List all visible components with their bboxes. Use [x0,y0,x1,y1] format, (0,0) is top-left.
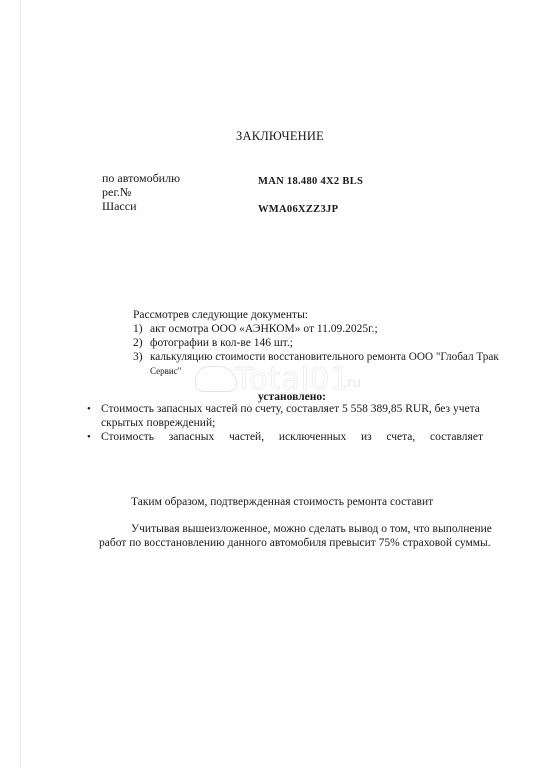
doc-item-2-text: фотографии в кол-ве 146 шт.; [150,337,293,349]
finding-1-line-1: Стоимость запасных частей по счету, сост… [101,403,480,415]
reg-number-label: рег.№ [102,185,131,200]
intro-text: Рассмотрев следующие документы: [133,309,308,321]
finding-2-word: исключенных [279,431,346,443]
finding-2-line: Стоимость запасных частей, исключенных и… [101,431,483,443]
chassis-value: WMA06XZZ3JP [258,204,338,215]
finding-2-word: Стоимость [101,431,154,443]
doc-item-1-text: акт осмотра ООО «АЭНКОМ» от 11.09.2025г.… [150,323,378,335]
conclusion-line-2: работ по восстановлению данного автомоби… [99,537,491,549]
chassis-label: Шасси [102,199,137,214]
established-heading: установлено: [258,391,326,403]
finding-2-word: частей, [229,431,264,443]
doc-item-1-num: 1) [133,323,143,335]
scan-edge-line [20,0,21,768]
summary-text: Таким образом, подтвержденная стоимость … [131,496,433,508]
document-title: ЗАКЛЮЧЕНИЕ [0,129,560,144]
finding-2-word: из [361,431,372,443]
doc-item-3-num: 3) [133,351,143,363]
vehicle-model-value: MAN 18.480 4X2 BLS [258,176,363,187]
doc-item-3-text: калькуляцию стоимости восстановительного… [150,351,499,363]
finding-2-word: запасных [169,431,215,443]
doc-item-3-continuation: Сервис" [150,366,181,376]
bullet-icon: • [87,403,91,415]
finding-2-word: составляет [430,431,483,443]
watermark-car-icon [195,366,237,392]
doc-item-2-num: 2) [133,337,143,349]
watermark-suffix: .ru [343,376,361,391]
finding-2-word: счета, [386,431,415,443]
vehicle-label: по автомобилю [102,171,180,186]
finding-1-line-2: скрытых повреждений; [101,417,215,429]
bullet-icon: • [87,431,91,443]
conclusion-line-1: Учитывая вышеизложенное, можно сделать в… [131,523,492,535]
document-page: ЗАКЛЮЧЕНИЕ по автомобилю MAN 18.480 4X2 … [0,0,560,768]
